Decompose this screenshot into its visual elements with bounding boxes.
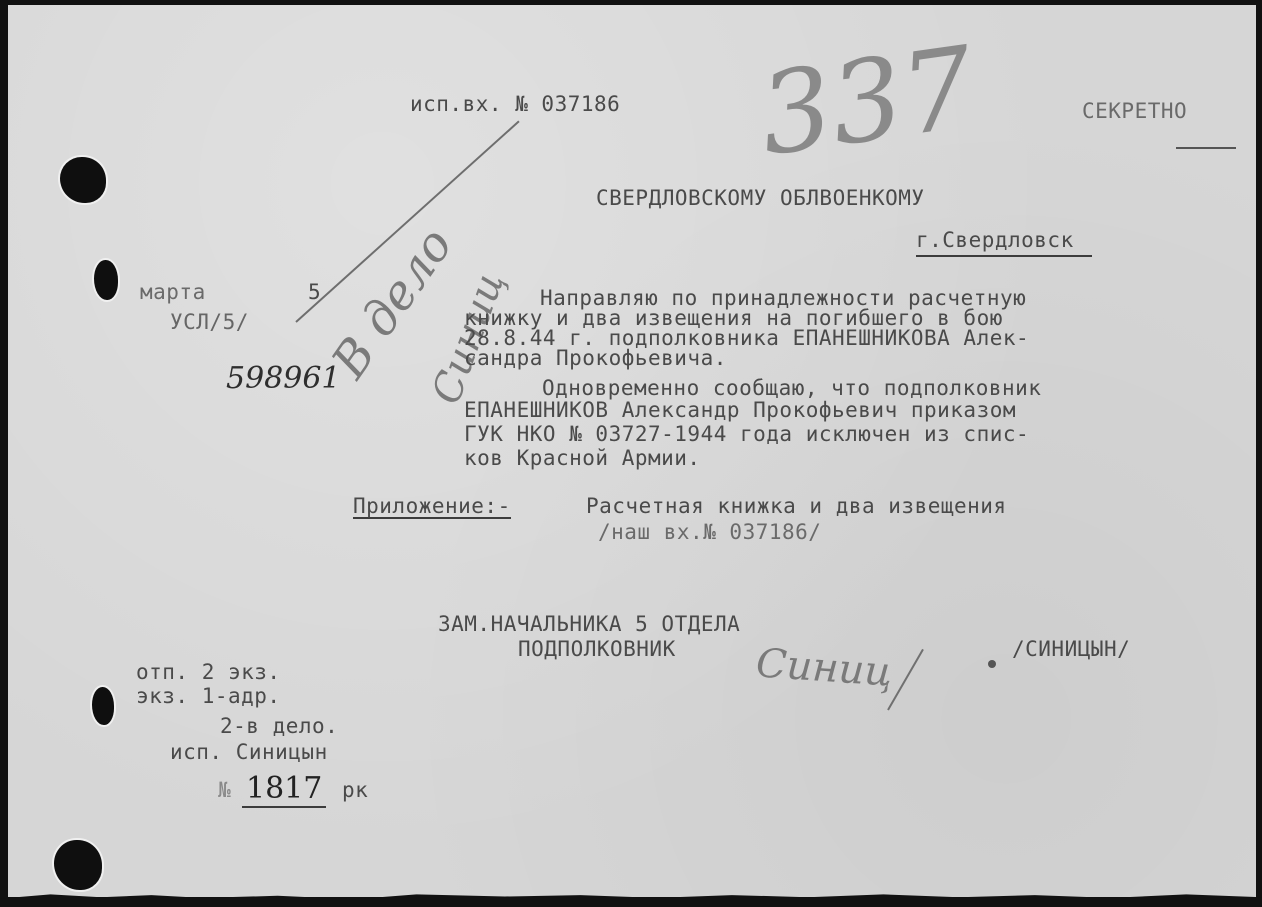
attachment-text: Расчетная книжка и два извещения: [586, 495, 1007, 517]
footer-number-suffix: рк: [342, 779, 368, 801]
signature-dot: [988, 660, 996, 668]
footer-line-2: экз. 1-адр.: [136, 685, 281, 707]
punch-hole-lower: [92, 687, 114, 725]
punch-hole-bottom: [54, 840, 102, 890]
signer-title-line-2: ПОДПОЛКОВНИК: [518, 638, 676, 660]
body-line-7: ГУК НКО № 03727-1944 года исключен из сп…: [464, 423, 1029, 445]
handwritten-number-left: 598961: [226, 361, 341, 396]
handwritten-signature: Синиц: [755, 640, 894, 695]
footer-line-1: отп. 2 экз.: [136, 661, 281, 683]
document-page: исп.вх. № 037186 337 СЕКРЕТНО СВЕРДЛОВСК…: [8, 5, 1256, 897]
footer-number-prefix: №: [218, 779, 231, 801]
outgoing-reference: УСЛ/5/: [170, 311, 249, 333]
footer-number: 1817: [242, 771, 326, 808]
body-line-5: Одновременно сообщаю, что подполковник: [542, 377, 1041, 399]
classification-stamp: СЕКРЕТНО: [1082, 100, 1187, 122]
body-line-6: ЕПАНЕШНИКОВ Александр Прокофьевич приказ…: [464, 399, 1016, 421]
attachment-reference: /наш вх.№ 037186/: [598, 521, 821, 543]
addressee: СВЕРДЛОВСКОМУ ОБЛВОЕНКОМУ: [596, 187, 925, 209]
body-line-4: сандра Прокофьевича.: [464, 347, 727, 369]
date-month: марта: [140, 281, 206, 303]
addressee-city: г.Свердловск: [916, 229, 1092, 257]
classification-underline: [1176, 147, 1236, 149]
handwritten-top-number: 337: [752, 23, 982, 181]
punch-hole-top: [60, 157, 106, 203]
body-line-8: ков Красной Армии.: [464, 447, 701, 469]
reference-number: исп.вх. № 037186: [410, 93, 620, 115]
signer-name: /СИНИЦЫН/: [1012, 638, 1130, 660]
footer-line-4: исп. Синицын: [170, 741, 328, 763]
signer-title-line-1: ЗАМ.НАЧАЛЬНИКА 5 ОТДЕЛА: [438, 613, 740, 635]
footer-line-3: 2-в дело.: [220, 715, 338, 737]
punch-hole-mid: [94, 260, 118, 300]
attachment-label: Приложение:-: [353, 495, 511, 519]
